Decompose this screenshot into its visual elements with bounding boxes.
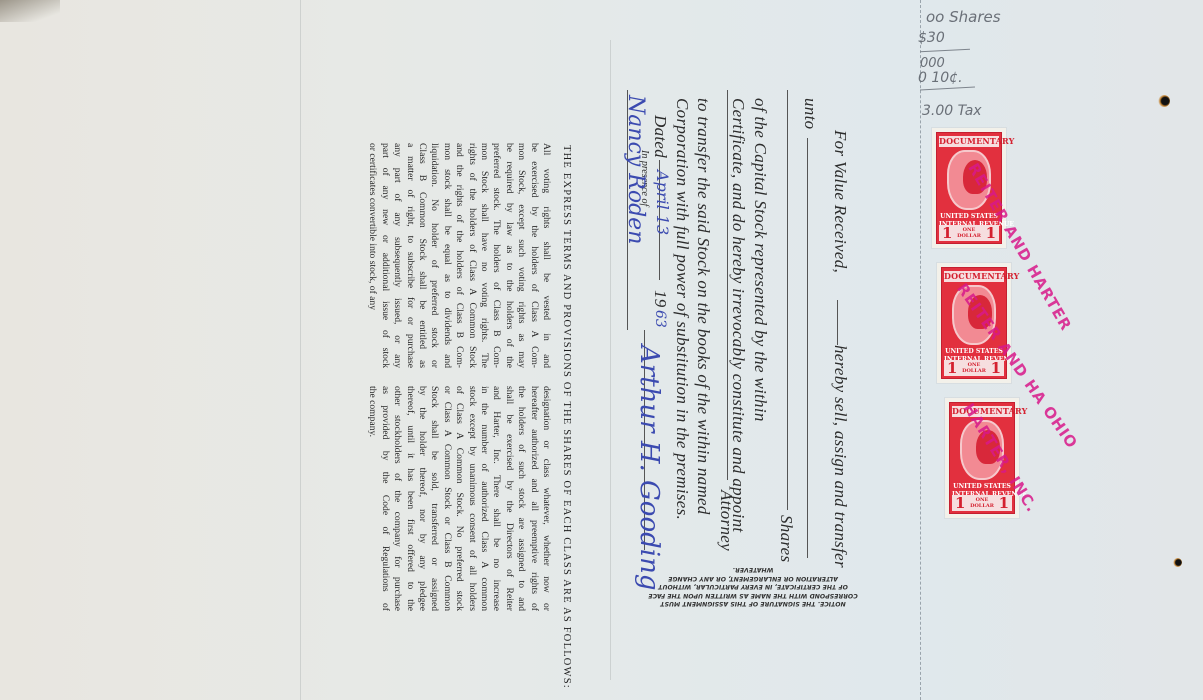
terms-line: any part of any subsequently issued, or … [391, 143, 403, 368]
assignment-sell-assign: hereby sell, assign and transfer [830, 345, 850, 568]
stamp-value-bar: 1ONE DOLLAR1 [944, 360, 1004, 376]
terms-line: of Class A Common Stock. No preferred st… [453, 386, 465, 611]
stamp-value: 1 [942, 225, 952, 241]
stamp-value: 1 [999, 495, 1009, 511]
dated-month-day: April 13 [653, 170, 672, 235]
stamp-denomination: ONE DOLLAR [958, 362, 990, 374]
terms-line: be required by law as to the holders of … [502, 143, 514, 368]
binder-hole [1158, 95, 1170, 107]
stamp-denomination: ONE DOLLAR [966, 497, 998, 509]
assignee-line [807, 138, 808, 558]
stamp-country: UNITED STATES [952, 483, 1012, 490]
assignment-capital-stock: of the Capital Stock represented by the … [750, 98, 770, 422]
terms-line: All voting rights shall be vested in and [540, 143, 552, 368]
terms-line: the holders of such stock are assigned t… [515, 386, 527, 611]
signature-notice: NOTICE. THE SIGNATURE OF THIS ASSIGNMENT… [648, 565, 858, 607]
terms-heading: THE EXPRESS TERMS AND PROVISIONS OF THE … [561, 145, 572, 605]
terms-line: mon stock shall be equal as to dividends… [440, 143, 452, 368]
terms-line: be exercised by the holders of Class A C… [527, 143, 539, 368]
terms-column-1: All voting rights shall be vested in and… [366, 143, 552, 368]
pencil-note-price: $30 [918, 30, 945, 46]
terms-line: Stock shall be sold, transferred or assi… [428, 386, 440, 611]
stamp-value: 1 [955, 495, 965, 511]
witness-signature: Nancy Roden [623, 95, 648, 244]
attorney-line [727, 90, 728, 480]
terms-line: as provided by the Code of Regulations o… [378, 386, 390, 611]
assignment-transfer: to transfer the said Stock on the books … [693, 98, 713, 515]
stamp-value: 1 [991, 360, 1001, 376]
terms-line: liquidation. No holder of preferred stoc… [428, 143, 440, 368]
terms-line: and the rights of the holders of Class B… [453, 143, 465, 368]
terms-line: mon Stock shall have no voting rights. T… [478, 143, 490, 368]
assignment-shares: Shares [776, 515, 796, 562]
pencil-note-tax: 3.00 Tax [922, 103, 982, 119]
terms-line: other stockholders of the company for pu… [391, 386, 403, 611]
revenue-stamp: DOCUMENTARYUNITED STATESINTERNAL REVENUE… [937, 263, 1011, 383]
terms-line: part of any new or additional issue of s… [378, 143, 390, 368]
assignment-for-value: For Value Received, [830, 130, 850, 273]
terms-line: shall be exercised by the Directors of R… [502, 386, 514, 611]
paper-crease [300, 0, 301, 700]
terms-column-2: designation or class whatever, whether n… [366, 386, 552, 611]
terms-line: rights of the holders of Class A Common … [465, 143, 477, 368]
pencil-note-rate: 0 10¢. [918, 70, 963, 86]
stamp-title: DOCUMENTARY [939, 136, 999, 147]
dated-year-suffix: 63 [652, 310, 668, 328]
pencil-note-shares: oo Shares [926, 8, 1001, 26]
terms-line: the company. [366, 386, 378, 611]
stamp-value: 1 [986, 225, 996, 241]
page-corner-shadow [0, 0, 60, 22]
terms-line: a matter of right, to subscribe for or p… [403, 143, 415, 368]
terms-line: or Class A Common Stock or Class B Commo… [440, 386, 452, 611]
terms-line: or certificates convertible into stock, … [366, 143, 378, 368]
terms-line: designation or class whatever, whether n… [540, 386, 552, 611]
binder-hole [1173, 558, 1182, 567]
terms-line: stock except by unanimous consent of all… [465, 386, 477, 611]
pencil-note-total: 000 [920, 56, 945, 71]
perforation-line [920, 0, 921, 700]
terms-line: by the holder thereof, nor by any pledge… [416, 386, 428, 611]
blank-line [837, 300, 838, 345]
assignor-signature: Arthur H. Gooding [634, 345, 664, 590]
stamp-denomination: ONE DOLLAR [953, 227, 985, 239]
terms-line: hereafter authorized and all preemptive … [527, 386, 539, 611]
assignment-attorney: Attorney [716, 490, 736, 551]
dated-label: Dated [650, 115, 670, 158]
assignment-certificate: Certificate, and do hereby irrevocably c… [728, 98, 748, 532]
terms-line: preferred stock. The holders of Class B … [490, 143, 502, 368]
terms-line: in the number of authorized Class A comm… [478, 386, 490, 611]
pencil-rule [920, 49, 970, 53]
dated-year-prefix: 19 [650, 290, 670, 308]
paper-crease [610, 40, 611, 680]
stamp-value-bar: 1ONE DOLLAR1 [952, 495, 1012, 511]
stamp-value: 1 [947, 360, 957, 376]
shares-line [787, 90, 788, 510]
assignment-unto: unto [800, 98, 820, 129]
stamp-value-bar: 1ONE DOLLAR1 [939, 225, 999, 241]
terms-line: thereof, until it has been first offered… [403, 386, 415, 611]
terms-line: Class B Common Stock shall be entitled a… [416, 143, 428, 368]
terms-line: mon Stock, except such voting rights as … [515, 143, 527, 368]
pencil-rule [920, 87, 975, 91]
terms-line: and Harter, Inc. There shall be no incre… [490, 386, 502, 611]
certificate-page: THE EXPRESS TERMS AND PROVISIONS OF THE … [0, 0, 1203, 700]
assignment-corporation: Corporation with full power of substitut… [672, 98, 692, 520]
stamp-title: DOCUMENTARY [944, 271, 1004, 282]
